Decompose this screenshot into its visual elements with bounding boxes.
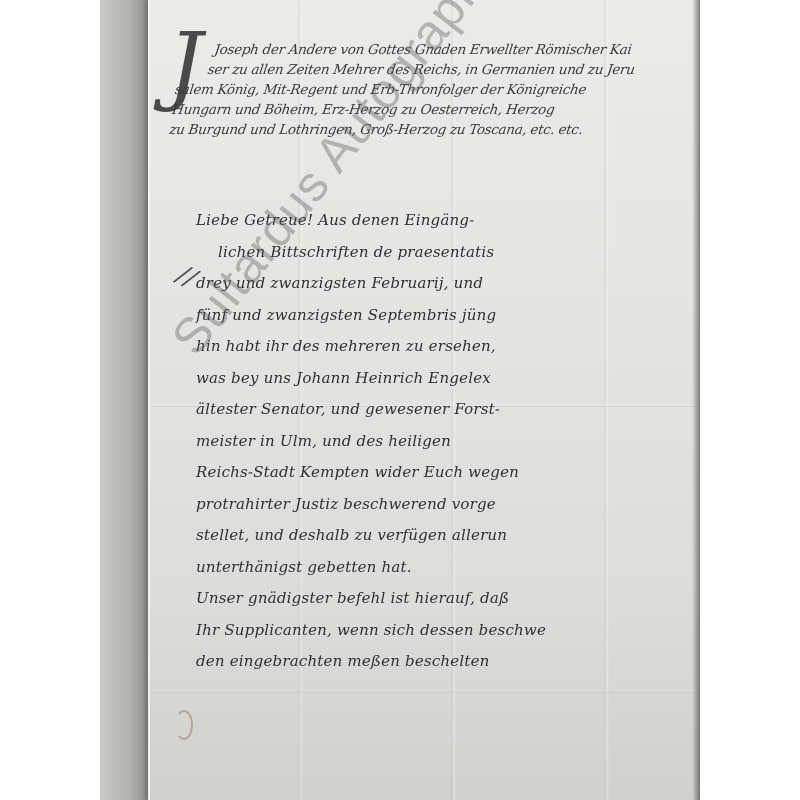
body-line: Ihr Supplicanten, wenn sich dessen besch…: [196, 615, 696, 647]
heading-line: zu Burgund und Lothringen, Groß-Herzog z…: [168, 120, 700, 140]
body-line: Unser gnädigster befehl ist hierauf, daß: [196, 583, 696, 615]
body-line: was bey uns Johann Heinrich Engelex: [196, 363, 696, 395]
body-line: meister in Ulm, und des heiligen: [196, 426, 696, 458]
body-line: stellet, und deshalb zu verfügen allerun: [196, 520, 696, 552]
body-line: Reichs-Stadt Kempten wider Euch wegen: [196, 457, 696, 489]
body-line: ältester Senator, und gewesener Forst-: [196, 394, 696, 426]
heading-line: Hungarn und Böheim, Erz-Herzog zu Oester…: [171, 100, 700, 120]
body-line: den eingebrachten meßen beschelten: [196, 646, 696, 678]
heading-line: salem König, Mit-Regent und Erb-Thronfol…: [174, 80, 700, 100]
body-line: unterthänigst gebetten hat.: [196, 552, 696, 584]
document-photo: J Joseph der Andere von Gottes Gnaden Er…: [100, 0, 700, 800]
body-line: protrahirter Justiz beschwerend vorge: [196, 489, 696, 521]
body-line: hin habt ihr des mehreren zu ersehen,: [196, 331, 696, 363]
fold-line: [150, 690, 700, 692]
body-line: fünf und zwanzigsten Septembris jüng: [196, 300, 696, 332]
underlying-page: [100, 0, 148, 800]
paper-stain: [175, 710, 193, 740]
